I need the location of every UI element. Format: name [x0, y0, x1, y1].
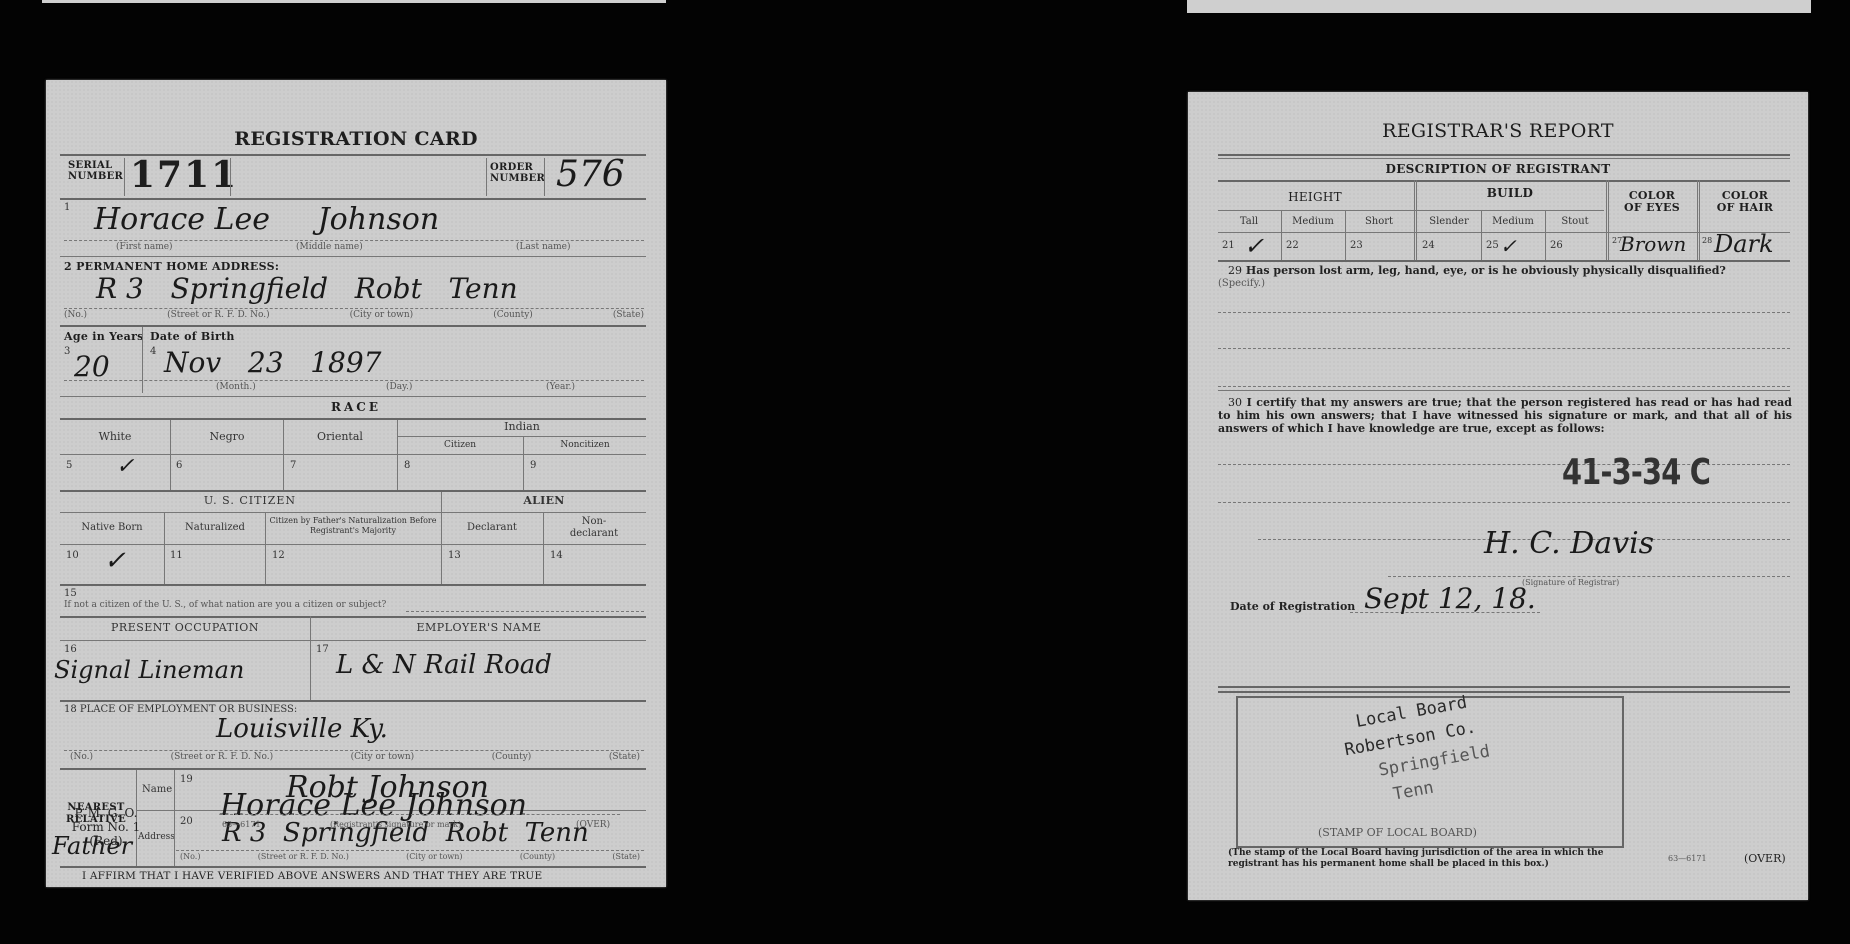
- race-num-9: 9: [530, 460, 536, 471]
- caption-street: (Street or R. F. D. No.): [258, 852, 349, 861]
- q15-text: If not a citizen of the U. S., of what n…: [64, 600, 386, 610]
- registrar-caption: (Signature of Registrar): [1522, 578, 1619, 587]
- race-col-indian-citizen: Citizen: [398, 440, 522, 450]
- height-tall-check: ✓: [1244, 232, 1264, 260]
- registrars-report-card: REGISTRAR'S REPORT DESCRIPTION OF REGIST…: [1188, 92, 1808, 900]
- caption-city: (City or town): [351, 752, 414, 762]
- dob-line-no: 4: [150, 346, 156, 357]
- caption-no: (No.): [70, 752, 93, 762]
- occupation-line-no: 16: [64, 644, 77, 655]
- registrar-signature: H. C. Davis: [1484, 526, 1654, 561]
- q29-question: Has person lost arm, leg, hand, eye, or …: [1246, 264, 1726, 277]
- caption-middle-name: (Middle name): [296, 242, 363, 252]
- race-white-check: ✓: [116, 454, 134, 479]
- occupation-value: Signal Lineman: [54, 656, 244, 684]
- caption-state: (State): [609, 752, 640, 762]
- stamp-box-caption: (STAMP OF LOCAL BOARD): [1318, 826, 1477, 839]
- registrant-signature: Horace Lee Johnson: [220, 788, 527, 823]
- caption-city: (City or town): [350, 310, 413, 320]
- serial-number: 1711: [130, 154, 238, 196]
- race-col-indian-noncitizen: Noncitizen: [524, 440, 646, 450]
- race-col-negro: Negro: [171, 430, 283, 443]
- eyes-heading: COLOR OF EYES: [1608, 190, 1696, 214]
- previous-card-edge-right: [1187, 0, 1811, 13]
- employer-value: L & N Rail Road: [336, 650, 552, 680]
- order-label: ORDER NUMBER: [490, 162, 542, 184]
- serial-label: SERIAL NUMBER: [68, 160, 120, 182]
- serial-label-text: SERIAL NUMBER: [68, 160, 123, 182]
- registration-card: REGISTRATION CARD SERIAL NUMBER 1711 ORD…: [46, 80, 666, 887]
- caption-day: (Day.): [386, 382, 412, 392]
- address-captions: (No.) (Street or R. F. D. No.) (City or …: [64, 310, 644, 320]
- stamp-instruction: (The stamp of the Local Board having jur…: [1228, 848, 1628, 870]
- height-heading: HEIGHT: [1218, 190, 1412, 204]
- race-num-8: 8: [404, 460, 410, 471]
- caption-street: (Street or R. F. D. No.): [167, 310, 270, 320]
- caption-month: (Month.): [216, 382, 256, 392]
- name-line-no: 1: [64, 202, 70, 213]
- form-id-line2: Form No. 1 (Red): [56, 820, 156, 848]
- caption-state: (State): [612, 852, 640, 861]
- caption-city: (City or town): [406, 852, 462, 861]
- race-num-5: 5: [66, 460, 72, 471]
- build-num-26: 26: [1550, 240, 1563, 251]
- stamp-code: 41-3-34 C: [1562, 452, 1710, 493]
- caption-state: (State): [613, 310, 644, 320]
- cit-col-nondeclarant: Non-declarant: [544, 516, 644, 540]
- q30-line-no: 30: [1218, 396, 1242, 409]
- caption-no: (No.): [64, 310, 87, 320]
- height-col-short: Short: [1346, 216, 1412, 227]
- alien-heading: ALIEN: [442, 494, 646, 507]
- caption-first-name: (First name): [116, 242, 173, 252]
- print-code-right: 63—6171: [1668, 854, 1707, 863]
- registration-date-value: Sept 12, 18.: [1364, 582, 1536, 615]
- over-left: (OVER): [576, 820, 610, 830]
- height-col-tall: Tall: [1218, 216, 1280, 227]
- us-citizen-heading: U. S. CITIZEN: [60, 494, 440, 507]
- employer-line-no: 17: [316, 644, 329, 655]
- build-col-medium: Medium: [1482, 216, 1544, 227]
- registrant-name: Horace Lee Johnson: [94, 202, 439, 237]
- race-indian-heading: Indian: [398, 420, 646, 433]
- caption-street: (Street or R. F. D. No.): [171, 752, 274, 762]
- build-col-stout: Stout: [1546, 216, 1604, 227]
- over-right: (OVER): [1744, 852, 1786, 865]
- caption-county: (County): [492, 752, 532, 762]
- cit-col-native: Native Born: [60, 522, 164, 533]
- hair-color-value: Dark: [1714, 230, 1774, 258]
- caption-year: (Year.): [546, 382, 575, 392]
- form-id-line1: P. M. G. O.: [56, 806, 156, 820]
- caption-county: (County): [520, 852, 555, 861]
- build-num-25: 25: [1486, 240, 1499, 251]
- relative-address-captions: (No.) (Street or R. F. D. No.) (City or …: [180, 852, 640, 861]
- race-heading: RACE: [46, 400, 666, 414]
- cit-col-declarant: Declarant: [442, 522, 542, 533]
- cit-num-13: 13: [448, 550, 461, 561]
- build-medium-check: ✓: [1500, 234, 1517, 258]
- cit-col-father: Citizen by Father's Naturalization Befor…: [266, 516, 440, 536]
- signature-caption: (Registrant's signature or mark): [330, 820, 461, 829]
- height-num-21: 21: [1222, 240, 1235, 251]
- employer-heading: EMPLOYER'S NAME: [312, 621, 646, 634]
- card-title: REGISTRATION CARD: [46, 128, 666, 150]
- q29-line-no: 29: [1218, 264, 1242, 277]
- cit-num-10: 10: [66, 550, 79, 561]
- registration-date-label: Date of Registration: [1230, 600, 1355, 613]
- q30-certification: I certify that my answers are true; that…: [1218, 396, 1792, 435]
- order-number: 576: [556, 154, 625, 195]
- race-num-6: 6: [176, 460, 182, 471]
- height-num-22: 22: [1286, 240, 1299, 251]
- cit-col-naturalized: Naturalized: [166, 522, 264, 533]
- form-id: P. M. G. O. Form No. 1 (Red): [56, 806, 156, 848]
- race-num-7: 7: [290, 460, 296, 471]
- relative-name-label: Name: [142, 784, 172, 795]
- dob-value: Nov 23 1897: [164, 346, 381, 379]
- build-num-24: 24: [1422, 240, 1435, 251]
- occupation-heading: PRESENT OCCUPATION: [60, 621, 310, 634]
- q30-text: 30 I certify that my answers are true; t…: [1218, 396, 1792, 435]
- report-title: REGISTRAR'S REPORT: [1188, 120, 1808, 142]
- cit-num-12: 12: [272, 550, 285, 561]
- dob-label: Date of Birth: [150, 330, 235, 343]
- build-col-slender: Slender: [1418, 216, 1480, 227]
- relative-name-line-no: 19: [180, 774, 193, 785]
- cit-num-14: 14: [550, 550, 563, 561]
- relative-address-line-no: 20: [180, 816, 193, 827]
- cit-num-11: 11: [170, 550, 183, 561]
- race-col-oriental: Oriental: [284, 430, 396, 443]
- caption-last-name: (Last name): [516, 242, 570, 252]
- previous-card-edge-left: [42, 0, 666, 3]
- hair-line-no: 28: [1702, 236, 1712, 245]
- q29-specify: (Specify.): [1218, 278, 1265, 289]
- hair-heading: COLOR OF HAIR: [1700, 190, 1790, 214]
- employment-captions: (No.) (Street or R. F. D. No.) (City or …: [70, 752, 640, 762]
- age-label: Age in Years: [64, 330, 144, 343]
- height-col-medium: Medium: [1282, 216, 1344, 227]
- print-code-left: 63—6171: [222, 820, 261, 829]
- age-line-no: 3: [64, 346, 70, 357]
- q15-line-no: 15: [64, 588, 77, 599]
- caption-county: (County): [493, 310, 533, 320]
- caption-no: (No.): [180, 852, 200, 861]
- age-value: 20: [74, 350, 110, 383]
- build-heading: BUILD: [1416, 186, 1604, 200]
- home-address-value: R 3 Springfield Robt Tenn: [96, 272, 518, 305]
- report-subtitle: DESCRIPTION OF REGISTRANT: [1188, 162, 1808, 176]
- eye-color-value: Brown: [1620, 232, 1686, 256]
- height-num-23: 23: [1350, 240, 1363, 251]
- place-employment-value: Louisville Ky.: [216, 714, 388, 744]
- race-col-white: White: [60, 430, 170, 443]
- cit-native-check: ✓: [104, 546, 126, 576]
- affirm-statement: I AFFIRM THAT I HAVE VERIFIED ABOVE ANSW…: [82, 870, 542, 882]
- q29-text: 29 Has person lost arm, leg, hand, eye, …: [1218, 264, 1792, 277]
